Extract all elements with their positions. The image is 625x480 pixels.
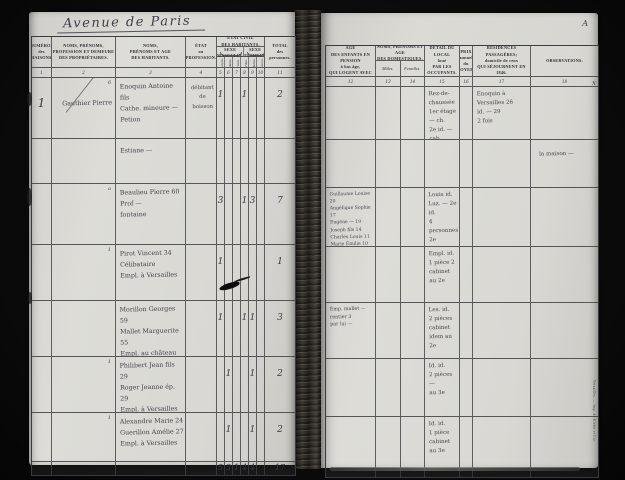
register-left-page: Avenue de Paris NUMÉROS des MAISONS. NOM… <box>29 12 295 465</box>
residences-cell: Enoquin à Versailles 26 id. — 29 2 fois <box>473 87 531 139</box>
colnum: 9 <box>249 68 257 77</box>
colnum: 18 <box>531 77 598 86</box>
book-spine <box>294 10 322 469</box>
table-row: Rez-de-chaussée 1er étage — ch. 2e id. —… <box>326 86 598 139</box>
habitants-cell: Enoquin Antoine fils Cathe. mineure — Pe… <box>116 78 186 138</box>
header-etat-civil-group: ÉTAT CIVIL DES HABITANTS. SEXE MASCULIN.… <box>217 37 265 67</box>
colnum: 2 <box>52 68 116 77</box>
colnum: 12 <box>326 77 376 86</box>
street-title-handwritten: Avenue de Paris <box>57 13 205 33</box>
col-label-veuves: Veuves. <box>256 57 264 67</box>
header-residences: RÉSIDENCES PASSAGÈRES; domicile de ceux … <box>473 46 531 76</box>
detail-local-cell: Rez-de-chaussée 1er étage — ch. 2e id. —… <box>425 87 460 139</box>
total-garcons: 5 <box>217 462 225 475</box>
table-row: Morillon Georges 59 Mallet Marguerite 55… <box>32 300 295 356</box>
colnum: 17 <box>473 77 531 86</box>
colnum: 16 <box>460 77 473 86</box>
colnum: 15 <box>425 77 460 86</box>
edge-smudge <box>28 292 32 304</box>
book-bottom-edge <box>330 467 580 471</box>
table-row: 1 Alexandre Marie 24 Guerillon Amélie 27… <box>32 412 295 461</box>
totals-row: 5 3 1 4 4 17 <box>32 461 295 475</box>
edge-smudge <box>27 188 32 206</box>
observations-cell: la maison — <box>531 140 598 187</box>
etat-cell: débitant de boisson <box>186 78 217 138</box>
header-proprietaires: NOMS, PRÉNOMS, PROFESSION ET DEMEURE DES… <box>52 37 116 67</box>
table-row: la maison — <box>326 139 598 187</box>
count-mariees <box>249 78 257 138</box>
colnum: 4 <box>186 68 217 77</box>
col-label-maries: Mariés. <box>224 57 232 67</box>
left-column-numbers: 1 2 3 4 5 6 7 8 9 10 11 <box>32 67 295 77</box>
colnum: 5 <box>217 68 225 77</box>
header-observations: OBSERVATIONS. <box>531 46 598 76</box>
page-letter-mark: A <box>582 19 588 28</box>
count-garcons: 1 <box>217 78 225 138</box>
total-veuves <box>257 462 265 475</box>
register-right-page: A x NOMS, PRÉNOMS ET AGE DES ENFANTS EN … <box>321 13 598 468</box>
colnum: 3 <box>116 68 186 77</box>
header-domestiques-group: NOMS, PRÉNOMS ET AGE DES DOMESTIQUES. Mâ… <box>376 46 425 76</box>
colnum: 1 <box>32 68 52 77</box>
row-total: 2 <box>265 78 295 138</box>
table-row: Empl. id. 1 pièce 2 cabinet au 2e <box>326 246 598 302</box>
house-number: 1 <box>32 78 52 138</box>
total-maries: 3 <box>225 462 233 475</box>
proprietor-cell: 6Gauthier Pierre <box>52 78 116 138</box>
count-veuves <box>257 78 265 138</box>
col-label-veufs: Veufs. <box>232 57 240 67</box>
right-census-table: NOMS, PRÉNOMS ET AGE DES ENFANTS EN PENS… <box>325 45 599 478</box>
count-filles: 1 <box>241 78 249 138</box>
header-habitants: NOMS, PRÉNOMS ET AGE DES HABITANTS. <box>116 37 186 67</box>
edge-smudge <box>27 92 32 106</box>
right-table-header: NOMS, PRÉNOMS ET AGE DES ENFANTS EN PENS… <box>326 46 598 76</box>
table-row: 1 Pirot Vincent 34 Célibataire Empl. à V… <box>32 244 295 300</box>
table-row: 1 6Gauthier Pierre Enoquin Antoine fils … <box>32 77 295 138</box>
left-table-header: NUMÉROS des MAISONS. NOMS, PRÉNOMS, PROF… <box>32 37 295 67</box>
col-label-mariees: Mariées. <box>248 57 256 67</box>
col-label-garcons: Garçons. <box>217 57 224 67</box>
table-row: Estiane — <box>32 138 295 183</box>
colnum: 11 <box>265 68 295 77</box>
col-label-males: Mâles. <box>376 61 400 76</box>
header-enfants: NOMS, PRÉNOMS ET AGE DES ENFANTS EN PENS… <box>326 46 376 76</box>
colnum: 14 <box>401 77 425 86</box>
printer-imprint: Versailles. — Imp. de Klefer et Cie. <box>592 380 596 442</box>
enfants-cell: Guillaume Louise 20 Angélique Sophie 17 … <box>326 188 376 246</box>
table-row: 1 Philibert Jean fils 29 Roger Jeanne ép… <box>32 356 295 412</box>
colnum: 7 <box>233 68 241 77</box>
colnum: 6 <box>225 68 233 77</box>
table-row: Guillaume Louise 20 Angélique Sophie 17 … <box>326 187 598 246</box>
scanned-register-photo: Avenue de Paris NUMÉROS des MAISONS. NOM… <box>0 0 625 480</box>
table-row: Id. id. 2 pièces — au 3e <box>326 358 598 416</box>
count-maries <box>225 78 233 138</box>
header-sexe-feminin: SEXE FÉMININ. <box>243 47 265 56</box>
total-veufs: 1 <box>233 462 241 475</box>
header-total: TOTAL des personnes. <box>265 37 295 67</box>
table-row: a Beaulieu Pierre 60 Prof — fontaine 3 1… <box>32 183 295 244</box>
header-sexe-masculin: SEXE MASCULIN. <box>217 47 243 56</box>
header-prix-loyer: PRIX annuel du LOYER. <box>460 46 473 76</box>
header-detail-local: DÉTAIL DU LOCAL loué PAR LES OCCUPANTS. <box>425 46 460 76</box>
colnum: 10 <box>257 68 265 77</box>
header-etat-profession: ÉTAT ou PROFESSION. <box>186 37 217 67</box>
grand-total: 17 <box>265 462 295 475</box>
header-numeros: NUMÉROS des MAISONS. <box>32 37 52 67</box>
right-column-numbers: 12 13 14 15 16 17 18 <box>326 76 598 86</box>
colnum: 8 <box>241 68 249 77</box>
col-label-filles: Filles. <box>240 57 248 67</box>
total-filles: 4 <box>241 462 249 475</box>
colnum: 13 <box>376 77 401 86</box>
total-mariees: 4 <box>249 462 257 475</box>
count-veufs <box>233 78 241 138</box>
col-label-femelles: Femelles. <box>400 61 425 76</box>
table-row: Emp. mallet — rentier 3 par lui — Les. i… <box>326 302 598 358</box>
left-census-table: NUMÉROS des MAISONS. NOMS, PRÉNOMS, PROF… <box>31 36 296 476</box>
